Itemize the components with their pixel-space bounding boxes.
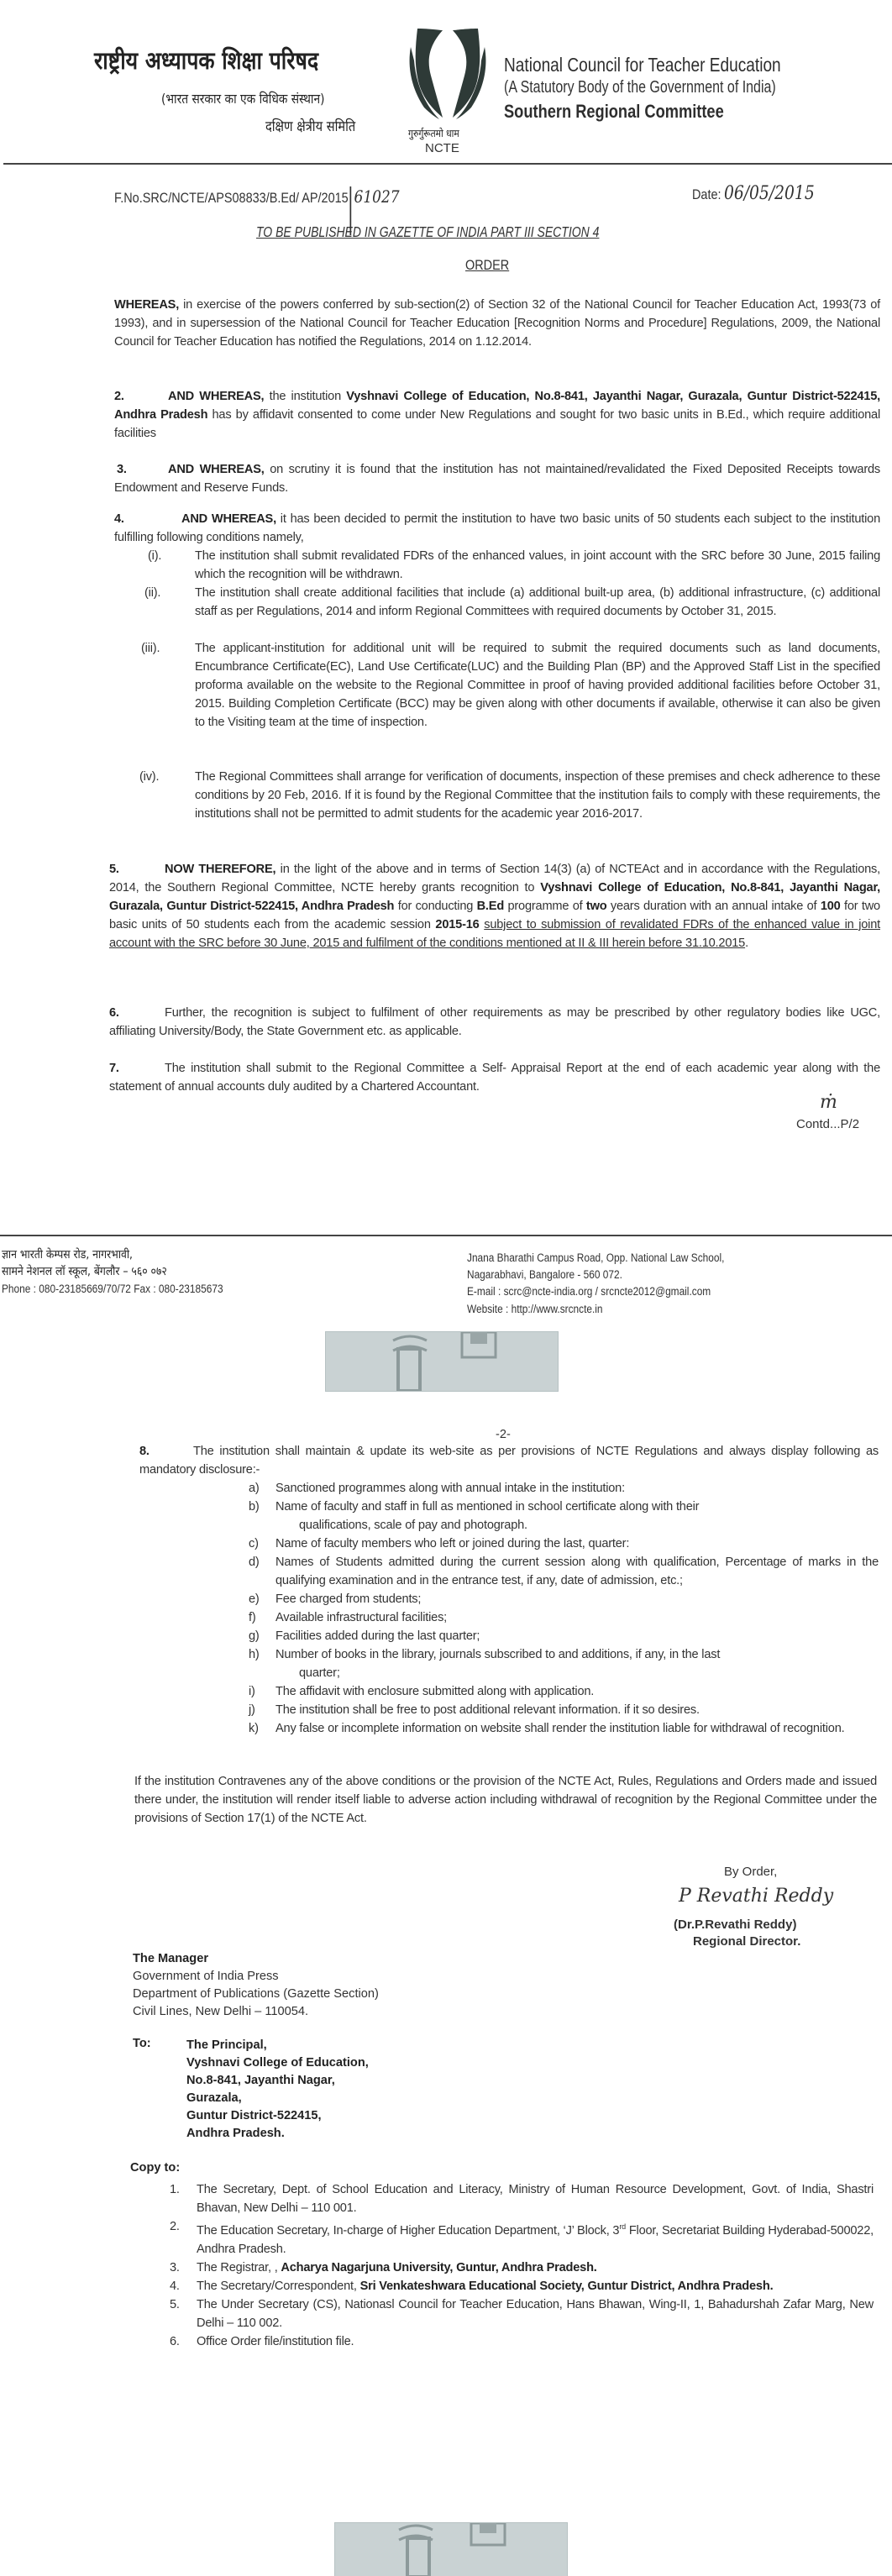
item-i-text: The affidavit with enclosure submitted a…: [275, 1685, 594, 1698]
copy-1-num: 1.: [170, 2180, 180, 2199]
item-h-cont: quarter;: [275, 1666, 340, 1680]
p5-duration: two: [586, 900, 607, 913]
condition-iv-text: The Regional Committees shall arrange fo…: [195, 770, 880, 821]
p2-text-1: the institution: [264, 390, 346, 403]
copy-to-item-4: 4. The Secretary/Correspondent, Sri Venk…: [170, 2277, 874, 2295]
paragraph-8: 8.The institution shall maintain & updat…: [139, 1442, 879, 1479]
disclosure-item-g: g)Facilities added during the last quart…: [249, 1627, 879, 1645]
p3-num: 3.: [114, 460, 168, 479]
letterhead-divider: [3, 163, 892, 165]
copy-to-label: Copy to:: [130, 2161, 180, 2175]
order-heading: ORDER: [465, 257, 509, 274]
footer-divider: [0, 1235, 892, 1236]
item-c-num: c): [249, 1535, 259, 1553]
footer-address-2: Nagarabhavi, Bangalore - 560 072.: [467, 1268, 622, 1281]
item-f-text: Available infrastructural facilities;: [275, 1611, 447, 1624]
p5-text-6: .: [745, 936, 748, 950]
condition-iv-num: (iv).: [139, 768, 159, 786]
item-a-text: Sanctioned programmes along with annual …: [275, 1482, 625, 1495]
file-number-printed: F.No.SRC/NCTE/APS08833/B.Ed/ AP/2015: [114, 190, 349, 206]
item-j-text: The institution shall be free to post ad…: [275, 1703, 700, 1717]
to-line-1: The Principal,: [186, 2037, 369, 2054]
condition-iii-num: (iii).: [141, 639, 160, 658]
continued-note: Contd...P/2: [796, 1117, 859, 1131]
copy-to-list: 1.The Secretary, Dept. of School Educati…: [170, 2180, 874, 2351]
to-address: The Principal, Vyshnavi College of Educa…: [186, 2037, 369, 2143]
p7-text: The institution shall submit to the Regi…: [109, 1062, 880, 1094]
condition-ii: (ii).The institution shall create additi…: [144, 584, 880, 621]
p5-session: 2015-16: [435, 918, 479, 931]
item-k-num: k): [249, 1719, 259, 1738]
to-line-2: Vyshnavi College of Education,: [186, 2054, 369, 2072]
condition-iii: (iii).The applicant-institution for addi…: [141, 639, 880, 732]
copy-3-text: The Registrar, ,: [197, 2261, 281, 2274]
item-b-num: b): [249, 1498, 260, 1516]
date-label: Date:: [692, 186, 721, 202]
copy-1-text: The Secretary, Dept. of School Education…: [197, 2183, 874, 2215]
paragraph-5: 5.NOW THEREFORE, in the light of the abo…: [109, 860, 880, 952]
item-h-text: Number of books in the library, journals…: [275, 1648, 720, 1661]
footer-hindi-address-1: ज्ञान भारती केम्पस रोड, नागरभावी,: [2, 1246, 133, 1262]
scan-stamp-2: [334, 2522, 568, 2576]
item-d-text: Names of Students admitted during the cu…: [275, 1556, 879, 1587]
letterhead-hindi-title: राष्ट्रीय अध्यापक शिक्षा परिषद: [94, 44, 318, 76]
paragraph-2: 2.AND WHEREAS, the institution Vyshnavi …: [114, 387, 880, 443]
copy-6-num: 6.: [170, 2332, 180, 2351]
footer-website: Website : http://www.srcncte.in: [467, 1303, 603, 1315]
p5-intake: 100: [821, 900, 841, 913]
p5-text-4: years duration with an annual intake of: [606, 900, 820, 913]
condition-i-num: (i).: [148, 547, 161, 565]
letterhead-english-subtitle: (A Statutory Body of the Government of I…: [504, 78, 776, 97]
p8-num: 8.: [139, 1442, 193, 1461]
signatory-name: (Dr.P.Revathi Reddy): [674, 1918, 796, 1932]
by-order: By Order,: [724, 1865, 777, 1879]
item-j-num: j): [249, 1701, 255, 1719]
item-e-text: Fee charged from students;: [275, 1592, 421, 1606]
p8-text: The institution shall maintain & update …: [139, 1445, 879, 1477]
copy-to-item-2: 2.The Education Secretary, In-charge of …: [170, 2217, 874, 2259]
condition-i-text: The institution shall submit revalidated…: [195, 549, 880, 581]
page-number: -2-: [496, 1428, 511, 1441]
disclosure-item-k: k)Any false or incomplete information on…: [249, 1719, 879, 1738]
manager-line-3: Department of Publications (Gazette Sect…: [133, 1986, 379, 2003]
stamp-emblem-icon: [326, 1332, 558, 1391]
copy-to-item-6: 6.Office Order file/institution file.: [170, 2332, 874, 2351]
disclosure-item-d: d)Names of Students admitted during the …: [249, 1553, 879, 1590]
contravention-clause: If the institution Contravenes any of th…: [134, 1772, 877, 1828]
p5-lead: NOW THEREFORE,: [165, 863, 275, 876]
p2-num: 2.: [114, 387, 168, 406]
paragraph-3: 3.AND WHEREAS, on scrutiny it is found t…: [114, 460, 880, 497]
p5-num: 5.: [109, 860, 165, 879]
p2-text-2: has by affidavit consented to come under…: [114, 408, 880, 440]
copy-6-text: Office Order file/institution file.: [197, 2335, 354, 2348]
to-line-4: Gurazala,: [186, 2090, 369, 2107]
p1-text: in exercise of the powers conferred by s…: [114, 298, 880, 349]
paragraph-1: WHEREAS, in exercise of the powers confe…: [114, 296, 880, 351]
to-line-3: No.8-841, Jayanthi Nagar,: [186, 2072, 369, 2090]
item-g-num: g): [249, 1627, 260, 1645]
p4-num: 4.: [114, 510, 181, 528]
p6-num: 6.: [109, 1004, 165, 1022]
item-b-cont: qualifications, scale of pay and photogr…: [275, 1519, 527, 1532]
letterhead-english-committee: Southern Regional Committee: [504, 101, 724, 123]
item-e-num: e): [249, 1590, 260, 1608]
footer-hindi-address-2: सामने नेशनल लॉ स्कूल, बेंगलौर – ५६० ०७२: [2, 1263, 167, 1279]
item-g-text: Facilities added during the last quarter…: [275, 1629, 480, 1643]
condition-iii-text: The applicant-institution for additional…: [195, 642, 880, 729]
copy-2-num: 2.: [170, 2217, 180, 2236]
disclosure-item-h: h)Number of books in the library, journa…: [249, 1645, 879, 1682]
copy-4-num: 4.: [170, 2277, 180, 2295]
item-h-num: h): [249, 1645, 260, 1664]
footer-address-1: Jnana Bharathi Campus Road, Opp. Nationa…: [467, 1251, 724, 1264]
copy-3-num: 3.: [170, 2259, 180, 2277]
paragraph-7: 7.The institution shall submit to the Re…: [109, 1059, 880, 1096]
stamp-emblem-icon: [335, 2523, 567, 2576]
to-line-5: Guntur District-522415,: [186, 2107, 369, 2125]
item-i-num: i): [249, 1682, 255, 1701]
p2-lead: AND WHEREAS,: [168, 390, 264, 403]
scan-stamp-1: [325, 1331, 559, 1392]
gazette-notice: TO BE PUBLISHED IN GAZETTE OF INDIA PART…: [256, 223, 599, 241]
paragraph-4: 4.AND WHEREAS, it has been decided to pe…: [114, 510, 880, 547]
disclosure-list: a)Sanctioned programmes along with annua…: [249, 1479, 879, 1738]
letterhead-hindi-subtitle: (भारत सरकार का एक विधिक संस्थान): [161, 89, 324, 108]
file-number-handwritten: 61027: [354, 186, 400, 207]
copy-to-item-1: 1.The Secretary, Dept. of School Educati…: [170, 2180, 874, 2217]
disclosure-item-f: f)Available infrastructural facilities;: [249, 1608, 879, 1627]
copy-2-text-a: The Education Secretary, In-charge of Hi…: [197, 2224, 619, 2238]
p4-lead: AND WHEREAS,: [181, 512, 276, 526]
footer-email: E-mail : scrc@ncte-india.org / srcncte20…: [467, 1285, 711, 1298]
disclosure-item-b: b)Name of faculty and staff in full as m…: [249, 1498, 879, 1535]
disclosure-item-e: e)Fee charged from students;: [249, 1590, 879, 1608]
condition-ii-text: The institution shall create additional …: [195, 586, 880, 618]
p5-programme: B.Ed: [477, 900, 504, 913]
date-handwritten: 06/05/2015: [724, 183, 815, 204]
to-line-6: Andhra Pradesh.: [186, 2125, 369, 2143]
disclosure-item-i: i)The affidavit with enclosure submitted…: [249, 1682, 879, 1701]
copy-3-bold: Acharya Nagarjuna University, Guntur, An…: [281, 2261, 596, 2274]
p6-text: Further, the recognition is subject to f…: [109, 1006, 880, 1038]
item-c-text: Name of faculty members who left or join…: [275, 1537, 629, 1550]
issue-date: Date:06/05/2015: [692, 183, 815, 204]
manager-address: The Manager Government of India Press De…: [133, 1950, 379, 2021]
signature-handwritten: P Revathi Reddy: [679, 1886, 833, 1907]
disclosure-item-j: j)The institution shall be free to post …: [249, 1701, 879, 1719]
p1-lead: WHEREAS,: [114, 298, 179, 312]
p5-text-3: programme of: [504, 900, 586, 913]
ncte-logo-icon: [406, 24, 490, 124]
paragraph-6: 6.Further, the recognition is subject to…: [109, 1004, 880, 1041]
copy-2-sup: rd: [619, 2222, 626, 2231]
p7-num: 7.: [109, 1059, 165, 1078]
disclosure-item-c: c)Name of faculty members who left or jo…: [249, 1535, 879, 1553]
p3-lead: AND WHEREAS,: [168, 463, 265, 476]
item-d-num: d): [249, 1553, 260, 1571]
item-a-num: a): [249, 1479, 260, 1498]
item-b-text: Name of faculty and staff in full as men…: [275, 1500, 699, 1514]
manager-line-2: Government of India Press: [133, 1968, 379, 1986]
logo-motto: गुरुर्गुरूतमो धाम: [408, 126, 459, 140]
copy-4-bold: Sri Venkateshwara Educational Society, G…: [360, 2280, 774, 2293]
condition-iv: (iv).The Regional Committees shall arran…: [139, 768, 880, 823]
footer-phone: Phone : 080-23185669/70/72 Fax : 080-231…: [2, 1283, 223, 1295]
initials-mark: ṁ: [820, 1092, 837, 1113]
condition-ii-num: (ii).: [144, 584, 160, 602]
item-f-num: f): [249, 1608, 256, 1627]
to-label: To:: [133, 2037, 151, 2050]
p5-text-2: for conducting: [394, 900, 476, 913]
signatory-title: Regional Director.: [693, 1934, 800, 1949]
copy-to-item-5: 5.The Under Secretary (CS), Nationasl Co…: [170, 2295, 874, 2332]
condition-i: (i).The institution shall submit revalid…: [148, 547, 880, 584]
manager-line-4: Civil Lines, New Delhi – 110054.: [133, 2003, 379, 2021]
manager-line-1: The Manager: [133, 1950, 379, 1968]
copy-5-num: 5.: [170, 2295, 180, 2314]
copy-to-item-3: 3.The Registrar, , Acharya Nagarjuna Uni…: [170, 2259, 874, 2277]
logo-label: NCTE: [425, 141, 459, 155]
copy-4-text: The Secretary/Correspondent,: [197, 2280, 360, 2293]
item-k-text: Any false or incomplete information on w…: [275, 1722, 844, 1735]
disclosure-item-a: a)Sanctioned programmes along with annua…: [249, 1479, 879, 1498]
letterhead-english-title: National Council for Teacher Education: [504, 54, 781, 76]
letterhead-hindi-committee: दक्षिण क्षेत्रीय समिति: [265, 116, 355, 135]
copy-5-text: The Under Secretary (CS), Nationasl Coun…: [197, 2298, 874, 2330]
